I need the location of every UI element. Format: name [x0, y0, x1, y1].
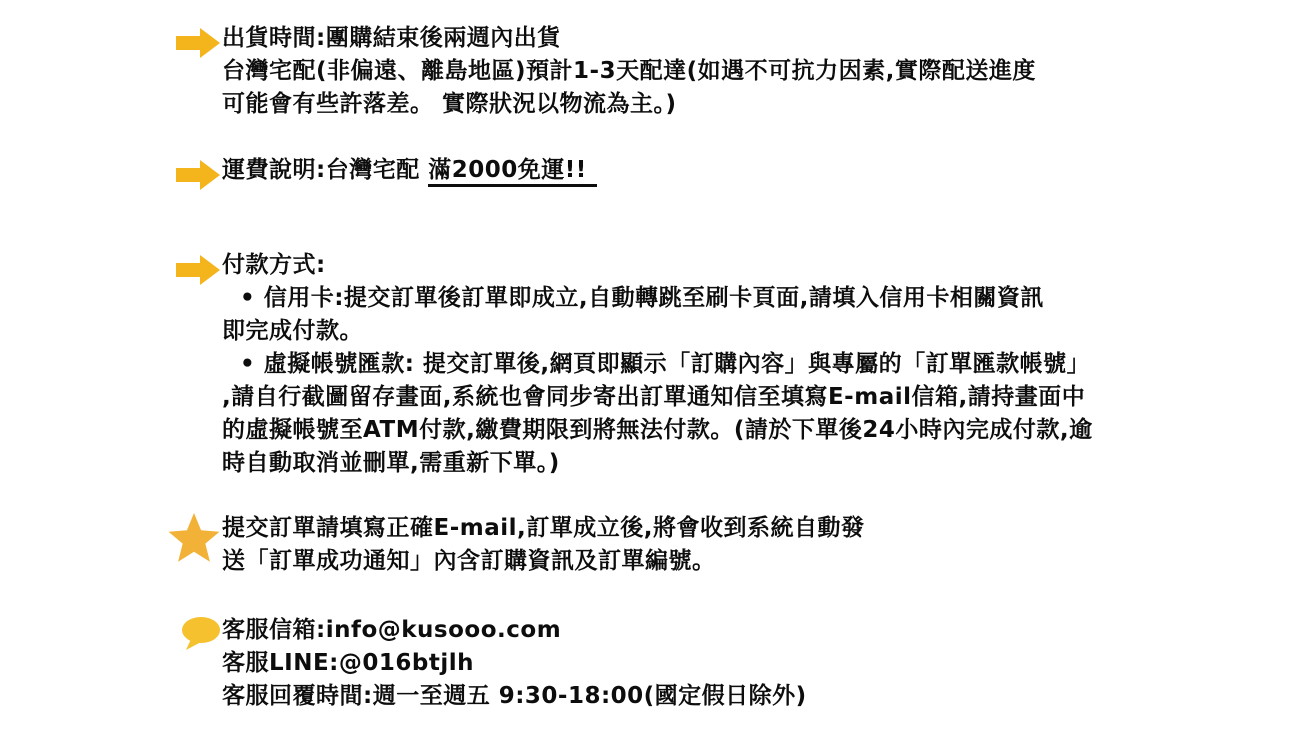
- support-email-line: 客服信箱:info@kusooo.com: [222, 614, 807, 647]
- payment-virtual-account-cont-1: ,請自行截圖留存畫面,系統也會同步寄出訂單通知信至填寫E-mail信箱,請持畫面…: [222, 381, 1093, 414]
- support-hours-line: 客服回覆時間:週一至週五 9:30-18:00(國定假日除外): [222, 680, 807, 713]
- speech-bubble-icon: [181, 617, 221, 655]
- arrow-right-icon: [176, 160, 220, 194]
- payment-credit-card-cont: 即完成付款。: [222, 315, 1093, 348]
- support-line-id-line: 客服LINE:@016btjlh: [222, 647, 807, 680]
- section-customer-support: 客服信箱:info@kusooo.com 客服LINE:@016btjlh 客服…: [176, 614, 807, 713]
- section-freight: 運費說明:台灣宅配 滿2000免運!!: [176, 154, 597, 187]
- shipping-time-title: 出貨時間:團購結束後兩週內出貨: [222, 22, 1036, 55]
- shipping-note-line: 可能會有些許落差。 實際狀況以物流為主。): [222, 88, 1036, 121]
- section-shipping-time: 出貨時間:團購結束後兩週內出貨 台灣宅配(非偏遠、離島地區)預計1-3天配達(如…: [176, 22, 1036, 121]
- shipping-delivery-line: 台灣宅配(非偏遠、離島地區)預計1-3天配達(如遇不可抗力因素,實際配送進度: [222, 55, 1036, 88]
- section-payment-methods: 付款方式: • 信用卡:提交訂單後訂單即成立,自動轉跳至刷卡頁面,請填入信用卡相…: [176, 249, 1093, 480]
- free-shipping-threshold: 滿2000免運!!: [428, 157, 597, 187]
- section-email-notice: 提交訂單請填寫正確E-mail,訂單成立後,將會收到系統自動發 送「訂單成功通知…: [176, 512, 865, 578]
- arrow-right-icon: [176, 255, 220, 289]
- arrow-right-icon: [176, 28, 220, 62]
- payment-virtual-account-cont-3: 時自動取消並刪單,需重新下單。): [222, 447, 1093, 480]
- freight-prefix: 運費說明:台灣宅配: [222, 157, 428, 183]
- star-icon: [168, 513, 220, 567]
- group-buy-notice-page: 出貨時間:團購結束後兩週內出貨 台灣宅配(非偏遠、離島地區)預計1-3天配達(如…: [0, 0, 1296, 731]
- payment-title: 付款方式:: [222, 249, 1093, 282]
- payment-virtual-account-cont-2: 的虛擬帳號至ATM付款,繳費期限到將無法付款。(請於下單後24小時內完成付款,逾: [222, 414, 1093, 447]
- payment-virtual-account-line: • 虛擬帳號匯款: 提交訂單後,網頁即顯示「訂購內容」與專屬的「訂單匯款帳號」: [222, 348, 1093, 381]
- email-notice-line-2: 送「訂單成功通知」內含訂購資訊及訂單編號。: [222, 545, 865, 578]
- email-notice-line-1: 提交訂單請填寫正確E-mail,訂單成立後,將會收到系統自動發: [222, 512, 865, 545]
- freight-line: 運費說明:台灣宅配 滿2000免運!!: [222, 154, 597, 187]
- payment-credit-card-line: • 信用卡:提交訂單後訂單即成立,自動轉跳至刷卡頁面,請填入信用卡相關資訊: [222, 282, 1093, 315]
